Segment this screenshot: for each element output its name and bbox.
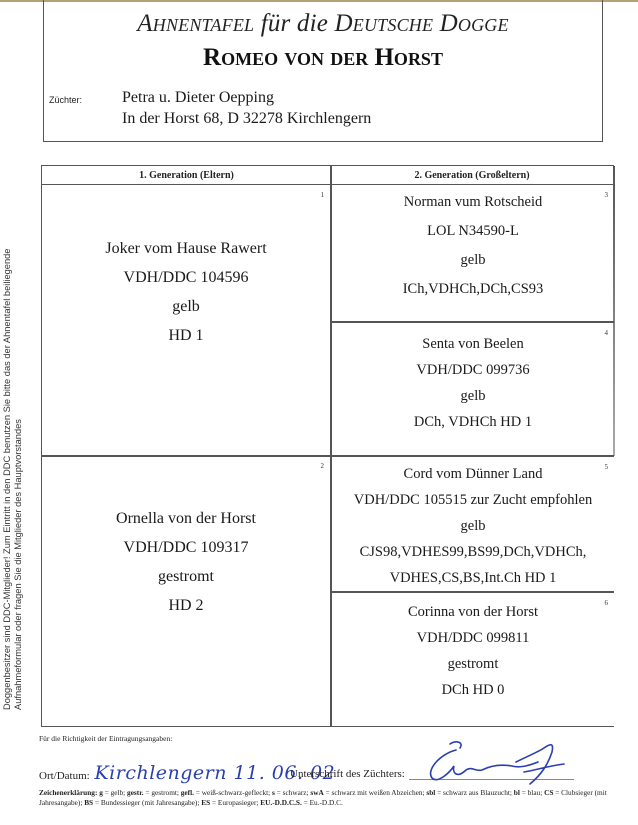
- document-title: Ahnentafel für die Deutsche Dogge: [44, 10, 602, 38]
- title-breed: Deutsche Dogge: [335, 10, 509, 37]
- registration-number: LOL N34590-L: [332, 217, 614, 246]
- legend-value: = blau;: [520, 788, 544, 797]
- titles-continued: VDHES,CS,BS,Int.Ch HD 1: [332, 565, 614, 591]
- signature-label: Unterschrift des Züchters:: [290, 768, 405, 780]
- health-notes: HD 1: [42, 321, 330, 350]
- legend-value: = schwarz mit weißen Abzeichen;: [324, 788, 427, 797]
- breeder-address: In der Horst 68, D 32278 Kirchlengern: [122, 108, 371, 129]
- entry-number: 6: [605, 599, 609, 607]
- legend-key: ES: [201, 798, 210, 807]
- side-note-line-2: Aufnahmeformular oder fragen Sie die Mit…: [13, 230, 24, 710]
- legend-value: = gelb;: [103, 788, 127, 797]
- entry-number: 5: [605, 463, 609, 471]
- breeder-name: Petra u. Dieter Oepping: [122, 87, 371, 108]
- grandparent-5: 5 Cord vom Dünner Land VDH/DDC 105515 zu…: [332, 457, 614, 591]
- coat-color: gelb: [332, 513, 614, 539]
- parent-sire: 1 Joker vom Hause Rawert VDH/DDC 104596 …: [42, 185, 330, 455]
- entry-number: 3: [605, 191, 609, 199]
- signature-mark-icon: [420, 736, 570, 788]
- legend-title: Zeichenerklärung:: [39, 788, 99, 797]
- dog-name: Cord vom Dünner Land: [332, 461, 614, 487]
- legend-value: = weiß-schwarz-gefleckt;: [194, 788, 272, 797]
- grandparent-4: 4 Senta von Beelen VDH/DDC 099736 gelb D…: [332, 323, 614, 455]
- coat-color: gelb: [332, 246, 614, 275]
- dog-name: Norman vum Rotscheid: [332, 188, 614, 217]
- grandparent-6: 6 Corinna von der Horst VDH/DDC 099811 g…: [332, 593, 614, 726]
- legend: Zeichenerklärung: g = gelb; gestr. = ges…: [39, 788, 619, 808]
- title-ahnentafel: Ahnentafel: [137, 10, 254, 37]
- dog-name: Joker vom Hause Rawert: [42, 234, 330, 263]
- gen1-header: 1. Generation (Eltern): [42, 166, 331, 185]
- dog-name: Senta von Beelen: [332, 331, 614, 357]
- breeder-label: Züchter:: [49, 95, 82, 105]
- legend-value: = Bundessieger (mit Jahresangabe);: [93, 798, 201, 807]
- health-notes: HD 2: [42, 591, 330, 620]
- coat-color: gestromt: [42, 562, 330, 591]
- registration-number: VDH/DDC 104596: [42, 263, 330, 292]
- legend-value: = Europasieger;: [210, 798, 260, 807]
- registration-number: VDH/DDC 099736: [332, 357, 614, 383]
- breeder-info: Petra u. Dieter Oepping In der Horst 68,…: [122, 87, 371, 129]
- titles: DCh, VDHCh HD 1: [332, 409, 614, 435]
- place-date-label: Ort/Datum:: [39, 770, 90, 782]
- pedigree-table: 1. Generation (Eltern) 2. Generation (Gr…: [41, 165, 614, 727]
- coat-color: gelb: [42, 292, 330, 321]
- legend-key: CS: [544, 788, 553, 797]
- legend-value: = Eu.-D.D.C.: [302, 798, 343, 807]
- parent-dam: 2 Ornella von der Horst VDH/DDC 109317 g…: [42, 456, 330, 726]
- legend-value: = schwarz;: [275, 788, 311, 797]
- legend-value: = gestromt;: [144, 788, 181, 797]
- titles: DCh HD 0: [332, 677, 614, 703]
- titles: ICh,VDHCh,DCh,CS93: [332, 275, 614, 304]
- dog-name: Ornella von der Horst: [42, 504, 330, 533]
- legend-key: sbl: [426, 788, 435, 797]
- side-membership-note: Doggenbesitzer sind DDC-Mitglieder! Zum …: [2, 230, 24, 710]
- titles: CJS98,VDHES99,BS99,DCh,VDHCh,: [332, 539, 614, 565]
- registration-number: VDH/DDC 109317: [42, 533, 330, 562]
- registration-number: VDH/DDC 105515 zur Zucht empfohlen: [332, 487, 614, 513]
- document-header: Ahnentafel für die Deutsche Dogge Romeo …: [43, 0, 603, 142]
- dog-name: Romeo von der Horst: [44, 44, 602, 72]
- gen2-header: 2. Generation (Großeltern): [331, 166, 613, 185]
- side-note-line-1: Doggenbesitzer sind DDC-Mitglieder! Zum …: [2, 230, 13, 710]
- grandparent-3: 3 Norman vum Rotscheid LOL N34590-L gelb…: [332, 185, 614, 321]
- title-fuer-die: für die: [261, 10, 328, 37]
- legend-key: EU.-D.D.C.S.: [260, 798, 302, 807]
- legend-key: BS: [84, 798, 93, 807]
- legend-value: = schwarz aus Blauzucht;: [435, 788, 513, 797]
- entry-number: 2: [321, 462, 325, 470]
- legend-key: swA: [310, 788, 323, 797]
- coat-color: gelb: [332, 383, 614, 409]
- accuracy-note: Für die Richtigkeit der Eintragungsangab…: [39, 734, 172, 743]
- entry-number: 4: [605, 329, 609, 337]
- legend-key: gefl.: [181, 788, 194, 797]
- registration-number: VDH/DDC 099811: [332, 625, 614, 651]
- entry-number: 1: [321, 191, 325, 199]
- dog-name: Corinna von der Horst: [332, 599, 614, 625]
- coat-color: gestromt: [332, 651, 614, 677]
- legend-key: gestr.: [127, 788, 144, 797]
